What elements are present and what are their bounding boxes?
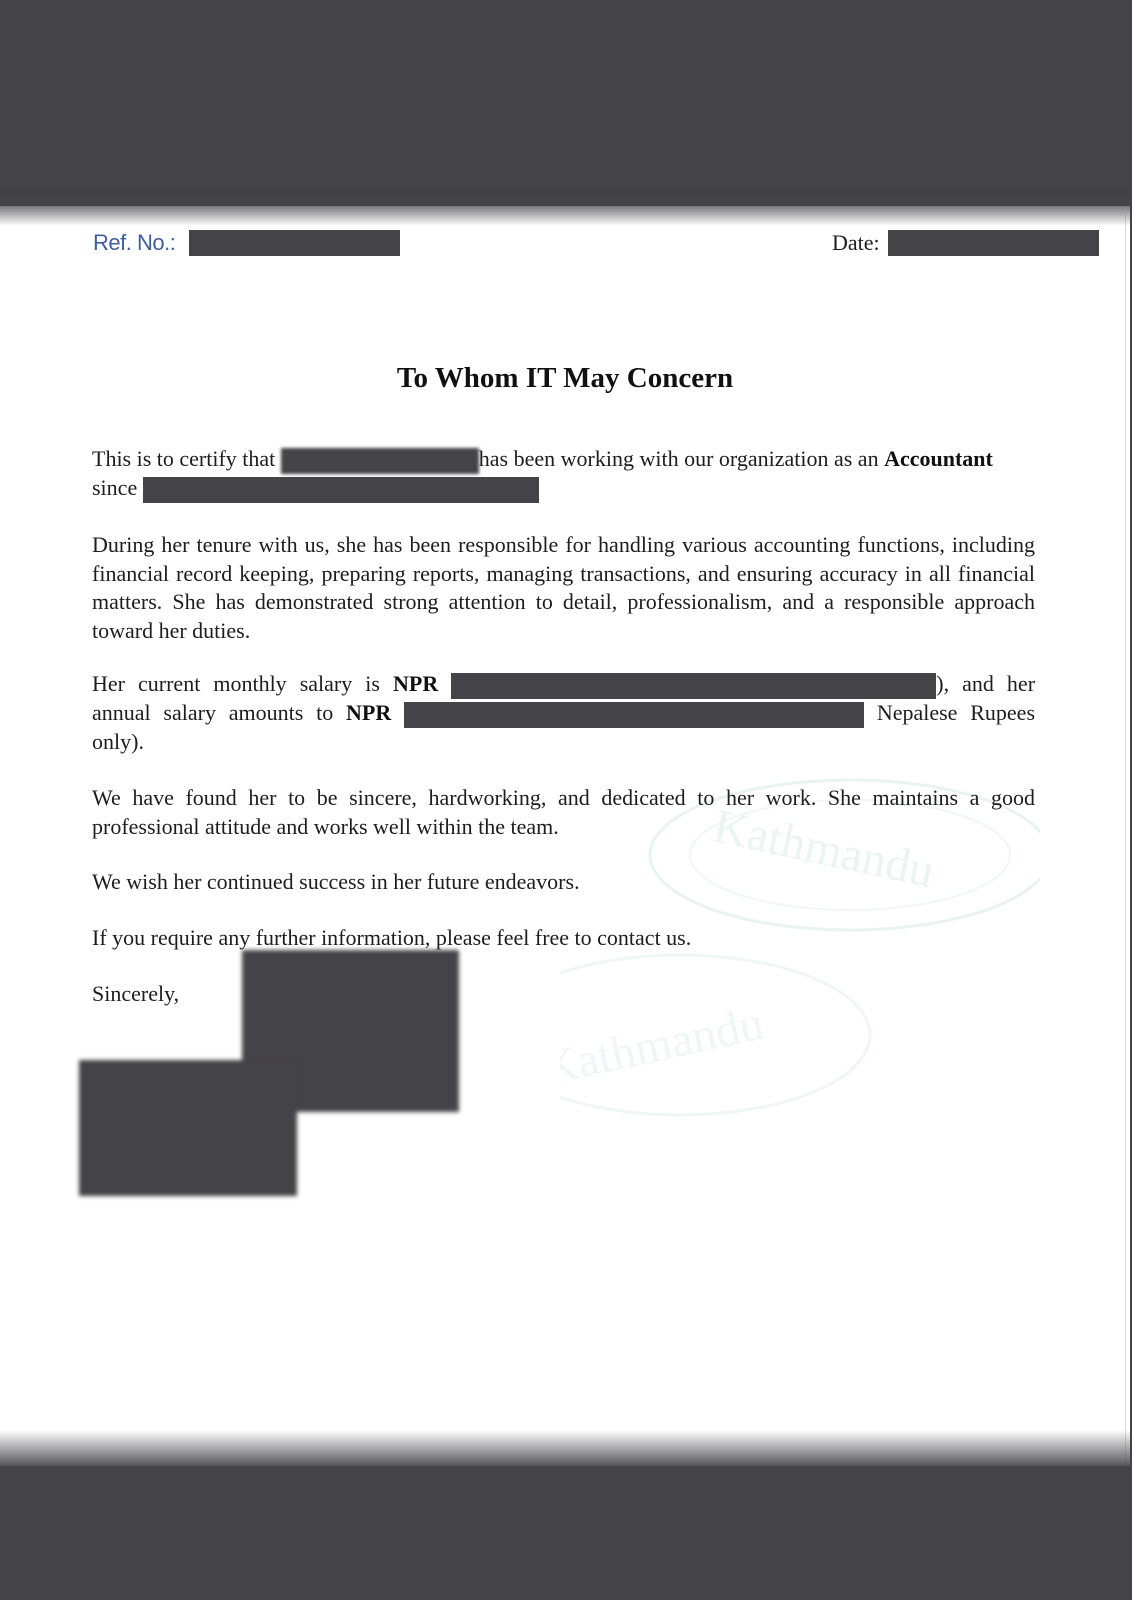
date-row: Date: [832,230,1099,256]
monthly-salary-text: Her current monthly salary is [92,671,380,696]
contact-paragraph: If you require any further information, … [92,924,1035,953]
letter-title: To Whom IT May Concern [0,362,1130,395]
character-paragraph: We have found her to be sincere, hardwor… [92,784,1035,841]
page-shadow-top [0,198,1132,226]
backdrop-top [0,0,1132,212]
redacted-stamp [79,1060,297,1196]
ref-no-label: Ref. No.: [93,230,175,256]
salary-paragraph: Her current monthly salary is NPR ), and… [92,670,1035,756]
reference-number-row: Ref. No.: [93,230,400,256]
redacted-monthly-salary [451,673,936,699]
working-text: has been working with our organization a… [479,446,879,471]
redacted-start-date [143,477,539,503]
redacted-ref-number [189,230,400,256]
closing-text: Sincerely, [92,980,1035,1009]
backdrop-bottom [0,1466,1132,1600]
wishes-paragraph: We wish her continued success in her fut… [92,868,1035,897]
redacted-date [888,230,1099,256]
currency-monthly: NPR [393,671,438,696]
job-title: Accountant [884,446,993,471]
currency-annual: NPR [346,700,391,725]
redacted-employee-name [281,448,479,474]
responsibilities-paragraph: During her tenure with us, she has been … [92,531,1035,645]
since-text: since [92,475,137,500]
date-label: Date: [832,230,880,256]
certify-text: This is to certify that [92,446,275,471]
page-shadow-bottom [0,1430,1132,1470]
redacted-annual-salary [404,702,864,728]
certification-paragraph: This is to certify that has been working… [92,445,1035,503]
